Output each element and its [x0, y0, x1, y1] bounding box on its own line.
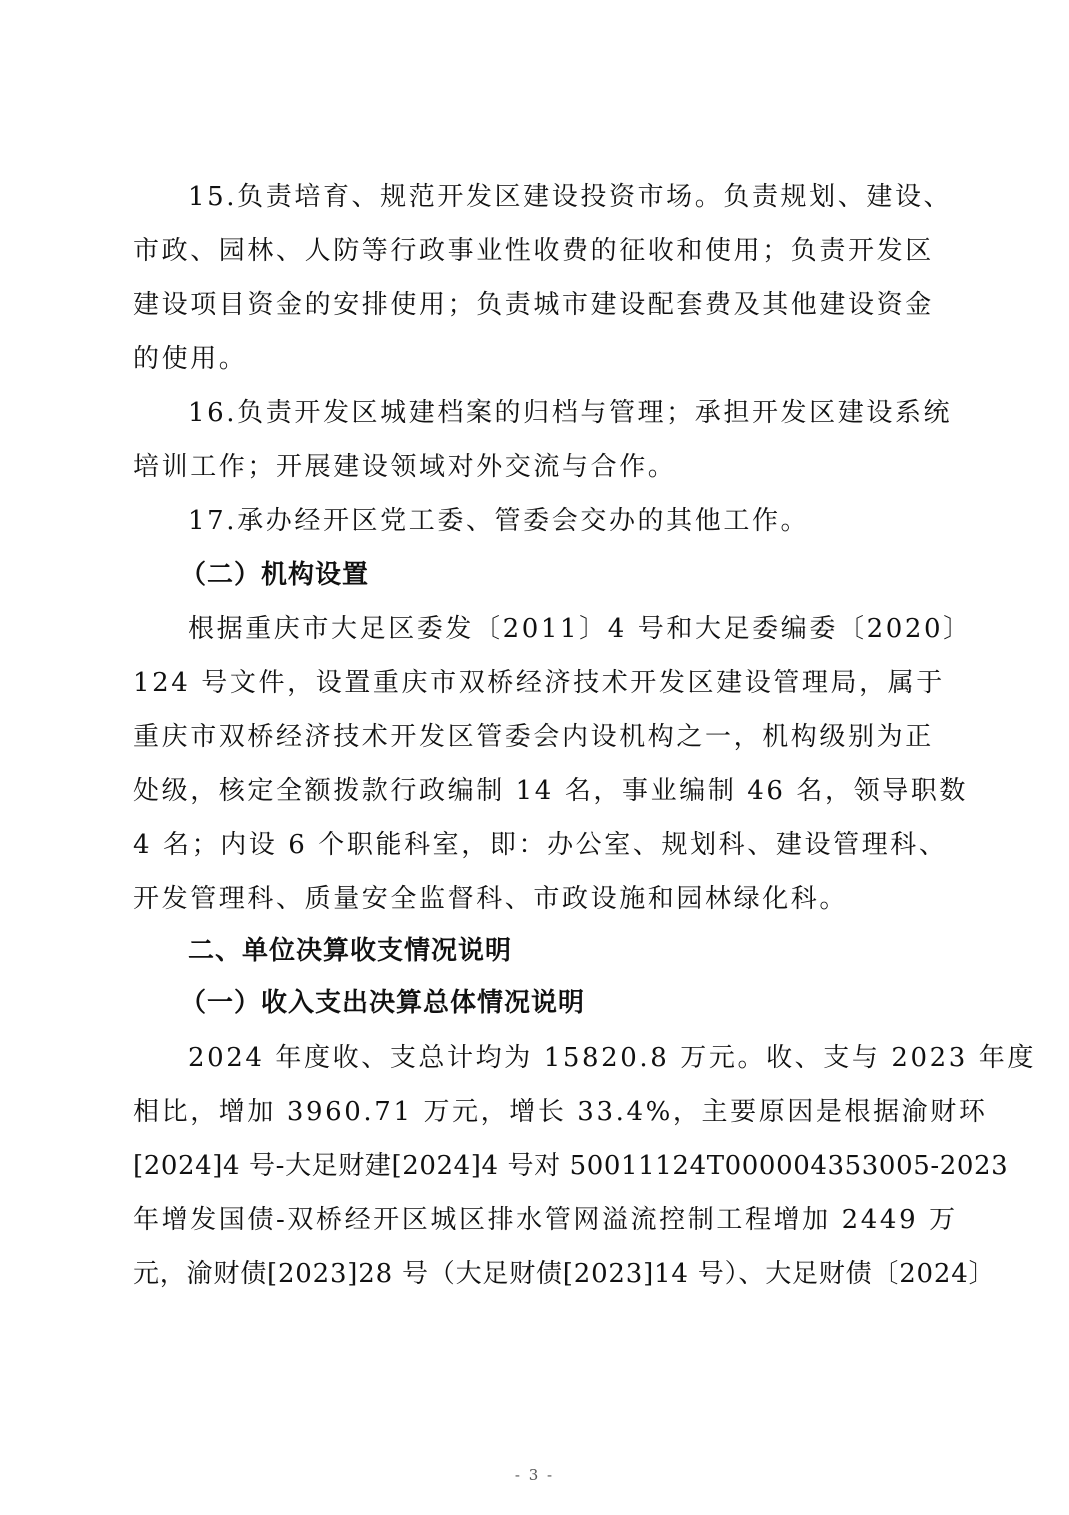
paragraph-item-16-line-1: 16.负责开发区城建档案的归档与管理；承担开发区建设系统: [188, 398, 952, 428]
paragraph-item-15-line-4: 的使用。: [133, 344, 247, 374]
paragraph-item-15-line-2: 市政、园林、人防等行政事业性收费的征收和使用；负责开发区: [133, 236, 934, 266]
paragraph-summary-line-1: 2024 年度收、支总计均为 15820.8 万元。收、支与 2023 年度: [188, 1043, 1036, 1073]
paragraph-summary-line-2: 相比，增加 3960.71 万元，增长 33.4%，主要原因是根据渝财环: [133, 1097, 988, 1127]
paragraph-item-15-line-3: 建设项目资金的安排使用；负责城市建设配套费及其他建设资金: [133, 290, 934, 320]
paragraph-org-line-4: 处级，核定全额拨款行政编制 14 名，事业编制 46 名，领导职数: [133, 776, 968, 806]
paragraph-item-15-line-1: 15.负责培育、规范开发区建设投资市场。负责规划、建设、: [188, 182, 952, 212]
page-number: - 3 -: [0, 1466, 1069, 1484]
heading-section-2: 二、单位决算收支情况说明: [188, 936, 512, 966]
paragraph-org-line-5: 4 名；内设 6 个职能科室，即：办公室、规划科、建设管理科、: [133, 830, 947, 860]
paragraph-item-17-line-1: 17.承办经开区党工委、管委会交办的其他工作。: [188, 506, 809, 536]
heading-org-setup: （二）机构设置: [180, 560, 369, 590]
paragraph-summary-line-3: [2024]4 号-大足财建[2024]4 号对 50011124T000004…: [133, 1151, 1008, 1181]
paragraph-summary-line-4: 年增发国债-双桥经开区城区排水管网溢流控制工程增加 2449 万: [133, 1205, 958, 1235]
paragraph-org-line-6: 开发管理科、质量安全监督科、市政设施和园林绿化科。: [133, 884, 848, 914]
paragraph-item-16-line-2: 培训工作；开展建设领域对外交流与合作。: [133, 452, 676, 482]
paragraph-org-line-3: 重庆市双桥经济技术开发区管委会内设机构之一，机构级别为正: [133, 722, 934, 752]
paragraph-summary-line-5: 元，渝财债[2023]28 号（大足财债[2023]14 号）、大足财债〔202…: [133, 1259, 995, 1289]
heading-subsection-1: （一）收入支出决算总体情况说明: [180, 988, 585, 1018]
paragraph-org-line-1: 根据重庆市大足区委发〔2011〕4 号和大足委编委〔2020〕: [188, 614, 972, 644]
document-page: 15.负责培育、规范开发区建设投资市场。负责规划、建设、 市政、园林、人防等行政…: [0, 0, 1069, 1515]
paragraph-org-line-2: 124 号文件，设置重庆市双桥经济技术开发区建设管理局，属于: [133, 668, 945, 698]
